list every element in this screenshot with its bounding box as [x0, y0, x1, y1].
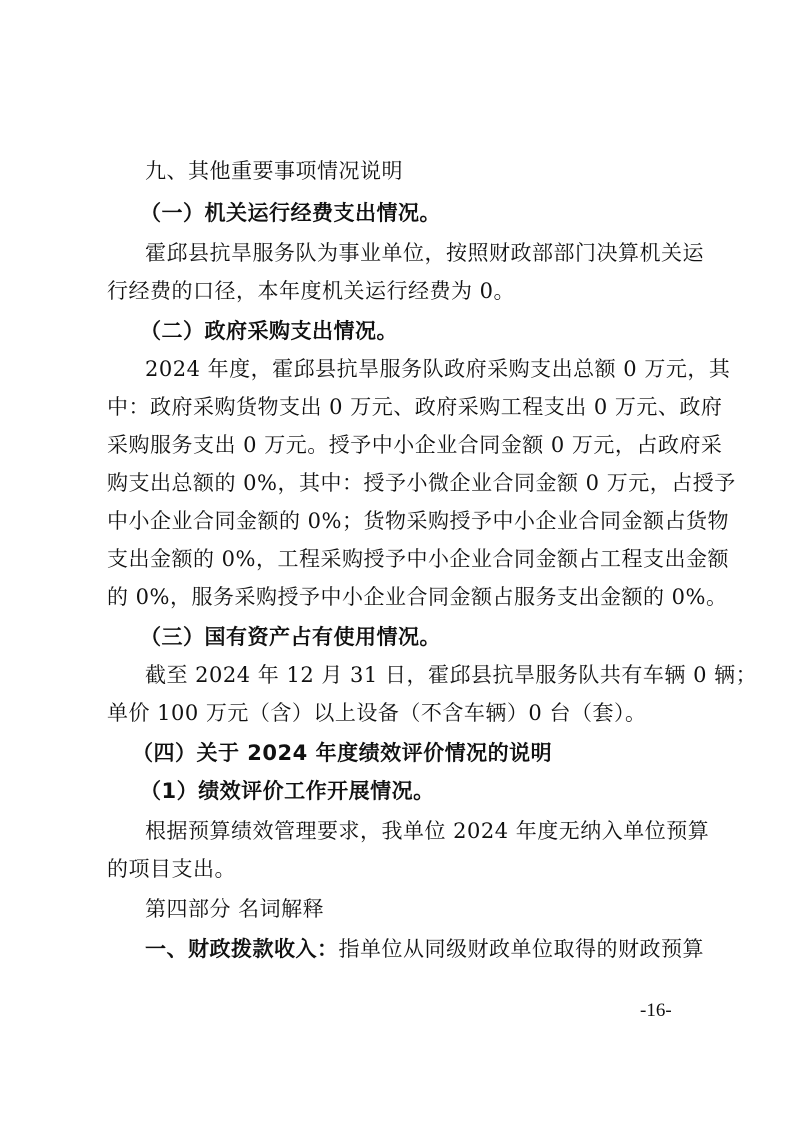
- paragraph-line: 行经费的口径，本年度机关运行经费为 0。: [107, 278, 691, 304]
- paragraph-line: 购支出总额的 0%，其中：授予小微企业合同金额 0 万元，占授予: [107, 470, 691, 496]
- paragraph-line: 中：政府采购货物支出 0 万元、政府采购工程支出 0 万元、政府: [107, 394, 691, 420]
- subsection-title-3: （三）国有资产占有使用情况。: [140, 624, 686, 650]
- paragraph-line: 根据预算绩效管理要求，我单位 2024 年度无纳入单位预算: [145, 818, 691, 844]
- subsection-title-2: （二）政府采购支出情况。: [140, 318, 686, 344]
- term-label: 一、财政拨款收入：: [145, 937, 339, 961]
- paragraph-line: 支出金额的 0%，工程采购授予中小企业合同金额占工程支出金额: [107, 546, 691, 572]
- term-definition-line: 一、财政拨款收入：指单位从同级财政单位取得的财政预算: [145, 936, 691, 962]
- item-title-1: （1）绩效评价工作开展情况。: [140, 778, 686, 804]
- part-title: 第四部分 名词解释: [145, 896, 691, 922]
- paragraph-line: 单价 100 万元（含）以上设备（不含车辆）0 台（套）。: [107, 700, 691, 726]
- section-heading: 九、其他重要事项情况说明: [145, 158, 691, 184]
- paragraph-line: 的 0%，服务采购授予中小企业合同金额占服务支出金额的 0%。: [107, 584, 691, 610]
- paragraph-line: 截至 2024 年 12 月 31 日，霍邱县抗旱服务队共有车辆 0 辆；: [145, 662, 691, 688]
- document-page: 九、其他重要事项情况说明 （一）机关运行经费支出情况。 霍邱县抗旱服务队为事业单…: [0, 0, 793, 1122]
- paragraph-line: 霍邱县抗旱服务队为事业单位，按照财政部部门决算机关运: [145, 240, 691, 266]
- paragraph-line: 中小企业合同金额的 0%；货物采购授予中小企业合同金额占货物: [107, 508, 691, 534]
- paragraph-line: 采购服务支出 0 万元。授予中小企业合同金额 0 万元，占政府采: [107, 432, 691, 458]
- subsection-title-4: （四）关于 2024 年度绩效评价情况的说明: [132, 740, 678, 766]
- page-number: -16-: [640, 1000, 672, 1022]
- paragraph-line: 的项目支出。: [107, 856, 691, 882]
- paragraph-line: 2024 年度，霍邱县抗旱服务队政府采购支出总额 0 万元，其: [145, 356, 691, 382]
- subsection-title-1: （一）机关运行经费支出情况。: [140, 200, 686, 226]
- term-text: 指单位从同级财政单位取得的财政预算: [339, 937, 705, 961]
